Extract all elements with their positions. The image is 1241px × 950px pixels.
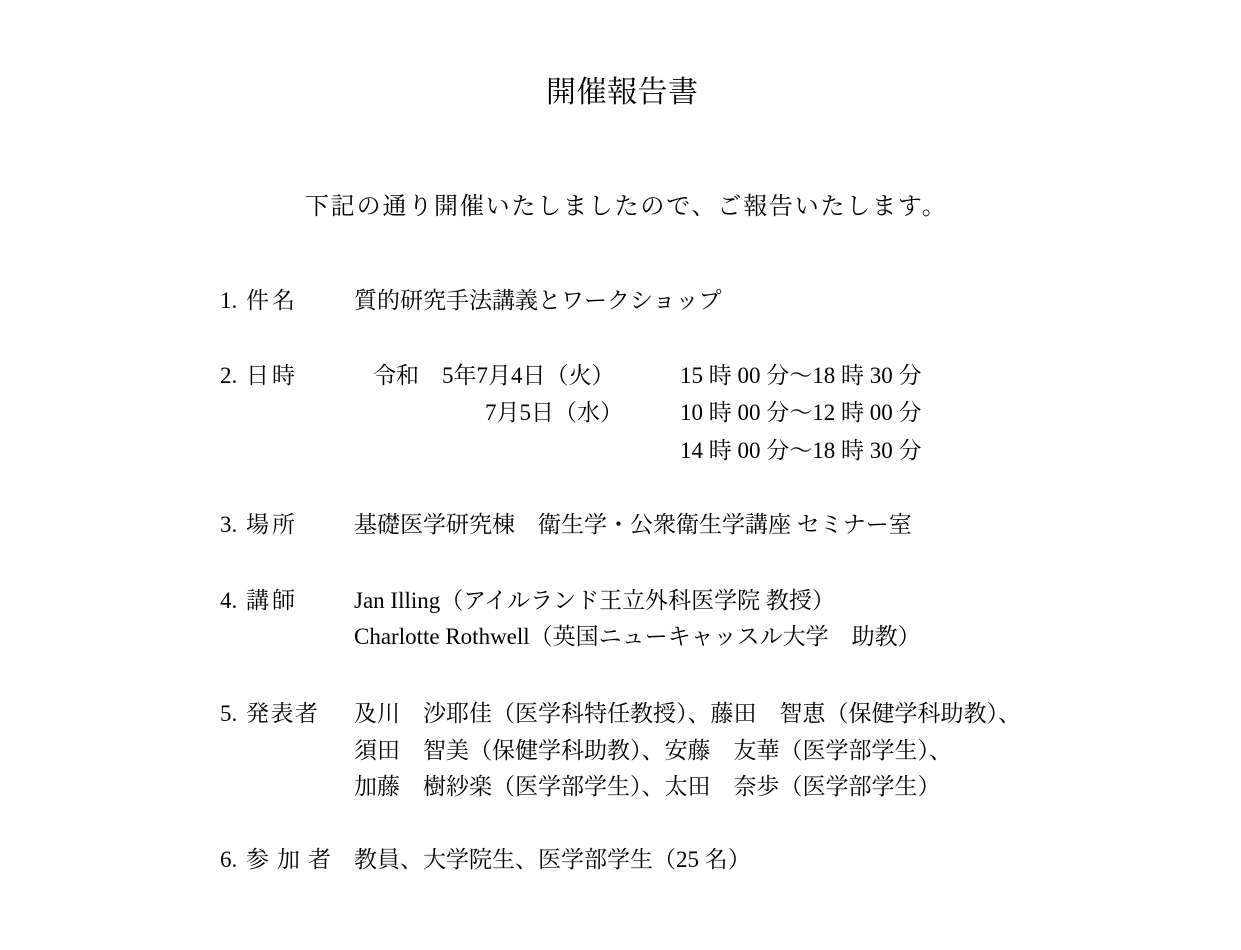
item-number: 5. — [220, 695, 237, 733]
item-label: 参加者 — [246, 841, 339, 879]
lecturer-line: Charlotte Rothwell（英国ニューキャッスル大学 助教） — [354, 618, 921, 656]
item-row-lecturers: 4. 講師 Jan Illing（アイルランド王立外科医学院 教授） — [0, 582, 1241, 620]
presenter-line: 加藤 樹紗楽（医学部学生）、太田 奈歩（医学部学生） — [354, 768, 941, 806]
schedule-time: 14 時 00 分～18 時 30 分 — [680, 432, 922, 470]
document-page: 開催報告書 下記の通り開催いたしましたので、ご報告いたします。 1. 件名 質的… — [0, 0, 1241, 950]
lecturer-line: Jan Illing（アイルランド王立外科医学院 教授） — [354, 582, 835, 620]
item-label: 発表者 — [246, 695, 320, 733]
presenter-line: 須田 智美（保健学科助教）、安藤 友華（医学部学生）、 — [354, 732, 952, 770]
intro-text: 下記の通り開催いたしましたので、ご報告いたします。 — [305, 190, 948, 224]
item-number: 4. — [220, 582, 237, 620]
item-row-participants: 6. 参加者 教員、大学院生、医学部学生（25 名） — [0, 841, 1241, 879]
schedule-date: 令和 5年7月4日（火） — [373, 357, 615, 395]
item-number: 3. — [220, 506, 237, 544]
item-number: 6. — [220, 841, 237, 879]
item-label: 講師 — [246, 582, 298, 620]
item-row-place: 3. 場所 基礎医学研究棟 衛生学・公衆衛生学講座 セミナー室 — [0, 506, 1241, 544]
presenter-line: 及川 沙耶佳（医学科特任教授）、藤田 智恵（保健学科助教）、 — [354, 695, 1021, 733]
item-number: 1. — [220, 282, 237, 320]
item-content: 基礎医学研究棟 衛生学・公衆衛生学講座 セミナー室 — [354, 506, 912, 544]
document-title: 開催報告書 — [546, 74, 699, 112]
item-row-presenters-line3: 加藤 樹紗楽（医学部学生）、太田 奈歩（医学部学生） — [0, 768, 1241, 806]
schedule-date: 7月5日（水） — [485, 394, 623, 432]
item-content: 教員、大学院生、医学部学生（25 名） — [354, 841, 751, 879]
item-label: 日時 — [246, 357, 298, 395]
item-label: 場所 — [246, 506, 298, 544]
item-row-datetime: 2. 日時 令和 5年7月4日（火） 15 時 00 分～18 時 30 分 — [0, 357, 1241, 395]
item-label: 件名 — [246, 282, 298, 320]
item-row-presenters: 5. 発表者 及川 沙耶佳（医学科特任教授）、藤田 智恵（保健学科助教）、 — [0, 695, 1241, 733]
item-number: 2. — [220, 357, 237, 395]
schedule-time: 15 時 00 分～18 時 30 分 — [680, 357, 922, 395]
schedule-time: 10 時 00 分～12 時 00 分 — [680, 394, 922, 432]
item-row-subject: 1. 件名 質的研究手法講義とワークショップ — [0, 282, 1241, 320]
item-row-datetime-line3: 14 時 00 分～18 時 30 分 — [0, 432, 1241, 470]
item-content: 質的研究手法講義とワークショップ — [354, 282, 722, 320]
item-row-presenters-line2: 須田 智美（保健学科助教）、安藤 友華（医学部学生）、 — [0, 732, 1241, 770]
item-row-lecturers-line2: Charlotte Rothwell（英国ニューキャッスル大学 助教） — [0, 618, 1241, 656]
item-row-datetime-line2: 7月5日（水） 10 時 00 分～12 時 00 分 — [0, 394, 1241, 432]
